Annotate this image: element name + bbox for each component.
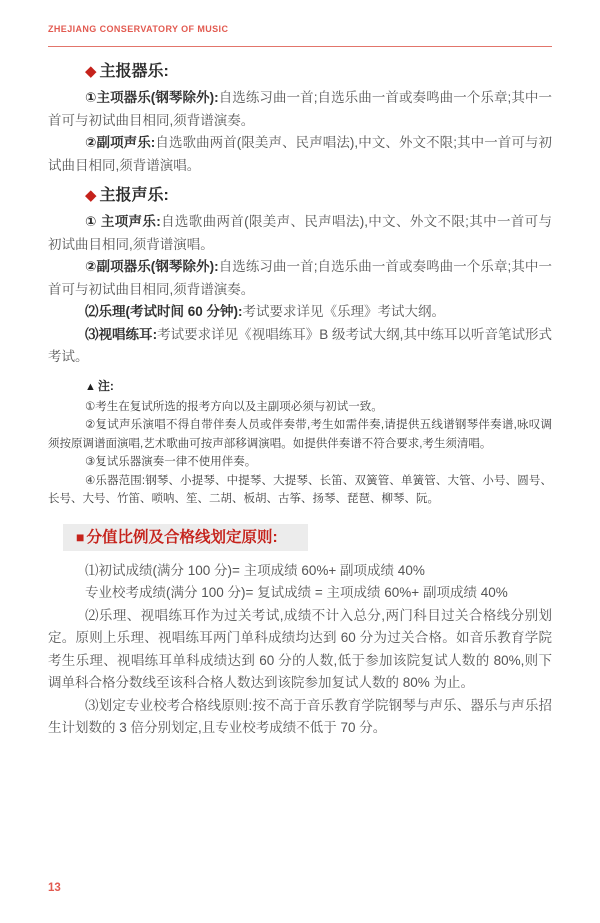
paragraph-label: ⑶视唱练耳:: [85, 327, 157, 342]
document-body: ◆主报器乐:①主项器乐(钢琴除外):自选练习曲一首;自选乐曲一首或奏鸣曲一个乐章…: [48, 60, 552, 740]
paragraph: 专业校考成绩(满分 100 分)= 复试成绩 = 主项成绩 60%+ 副项成绩 …: [48, 582, 552, 605]
paragraph-label: ⑵乐理(考试时间 60 分钟):: [85, 304, 243, 319]
paragraph-text: ⑶划定专业校考合格线原则:按不高于音乐教育学院钢琴与声乐、器乐与声乐招生计划数的…: [48, 698, 552, 736]
section-heading-text: 主报声乐:: [100, 187, 169, 204]
note-item: ①考生在复试所选的报考方向以及主副项必须与初试一致。: [48, 398, 552, 417]
diamond-bullet-icon: ◆: [85, 187, 97, 204]
notes-heading: ▲注:: [48, 377, 552, 396]
note-item: ②复试声乐演唱不得自带伴奏人员或伴奏带,考生如需伴奏,请提供五线谱钢琴伴奏谱,咏…: [48, 416, 552, 453]
section-heading-text: 主报器乐:: [100, 63, 169, 80]
paragraph: ① 主项声乐:自选歌曲两首(限美声、民声唱法),中文、外文不限;其中一首可与初试…: [48, 211, 552, 256]
section-heading: ◆主报声乐:: [48, 184, 552, 208]
paragraph-text: ⑵乐理、视唱练耳作为过关考试,成绩不计入总分,两门科目过关合格线分别划定。原则上…: [48, 608, 552, 691]
paragraph: ②副项器乐(钢琴除外):自选练习曲一首;自选乐曲一首或奏鸣曲一个乐章;其中一首可…: [48, 256, 552, 301]
note-item: ④乐器范围:钢琴、小提琴、中提琴、大提琴、长笛、双簧管、单簧管、大管、小号、圆号…: [48, 472, 552, 509]
paragraph-label: ②副项声乐:: [85, 135, 155, 150]
header-title: ZHEJIANG CONSERVATORY OF MUSIC: [48, 24, 552, 34]
paragraph: ⑵乐理(考试时间 60 分钟):考试要求详见《乐理》考试大纲。: [48, 301, 552, 324]
diamond-bullet-icon: ◆: [85, 63, 97, 80]
triangle-note-icon: ▲: [85, 381, 96, 393]
paragraph-text: 专业校考成绩(满分 100 分)= 复试成绩 = 主项成绩 60%+ 副项成绩 …: [85, 585, 508, 600]
document-page: ZHEJIANG CONSERVATORY OF MUSIC ◆主报器乐:①主项…: [0, 0, 600, 923]
square-section-icon: ■: [76, 528, 84, 546]
page-header: ZHEJIANG CONSERVATORY OF MUSIC: [48, 24, 552, 47]
notes-heading-text: 注:: [98, 379, 114, 393]
paragraph: ②副项声乐:自选歌曲两首(限美声、民声唱法),中文、外文不限;其中一首可与初试曲…: [48, 132, 552, 177]
note-item: ③复试乐器演奏一律不使用伴奏。: [48, 453, 552, 472]
paragraph: ①主项器乐(钢琴除外):自选练习曲一首;自选乐曲一首或奏鸣曲一个乐章;其中一首可…: [48, 87, 552, 132]
header-rule-divider: [48, 46, 552, 47]
section-bar: ■分值比例及合格线划定原则:: [63, 524, 308, 551]
section-bar-title: 分值比例及合格线划定原则:: [86, 528, 277, 547]
paragraph-text: ⑴初试成绩(满分 100 分)= 主项成绩 60%+ 副项成绩 40%: [85, 563, 425, 578]
section-heading: ◆主报器乐:: [48, 60, 552, 84]
paragraph: ⑶视唱练耳:考试要求详见《视唱练耳》B 级考试大纲,其中练耳以听音笔试形式考试。: [48, 324, 552, 369]
paragraph-text: 考试要求详见《乐理》考试大纲。: [243, 304, 446, 319]
page-footer: 13: [48, 878, 61, 896]
paragraph: ⑴初试成绩(满分 100 分)= 主项成绩 60%+ 副项成绩 40%: [48, 560, 552, 583]
paragraph: ⑵乐理、视唱练耳作为过关考试,成绩不计入总分,两门科目过关合格线分别划定。原则上…: [48, 605, 552, 695]
paragraph-label: ① 主项声乐:: [85, 214, 161, 229]
paragraph-label: ①主项器乐(钢琴除外):: [85, 90, 219, 105]
page-number: 13: [48, 882, 61, 894]
paragraph-label: ②副项器乐(钢琴除外):: [85, 259, 219, 274]
paragraph: ⑶划定专业校考合格线原则:按不高于音乐教育学院钢琴与声乐、器乐与声乐招生计划数的…: [48, 695, 552, 740]
